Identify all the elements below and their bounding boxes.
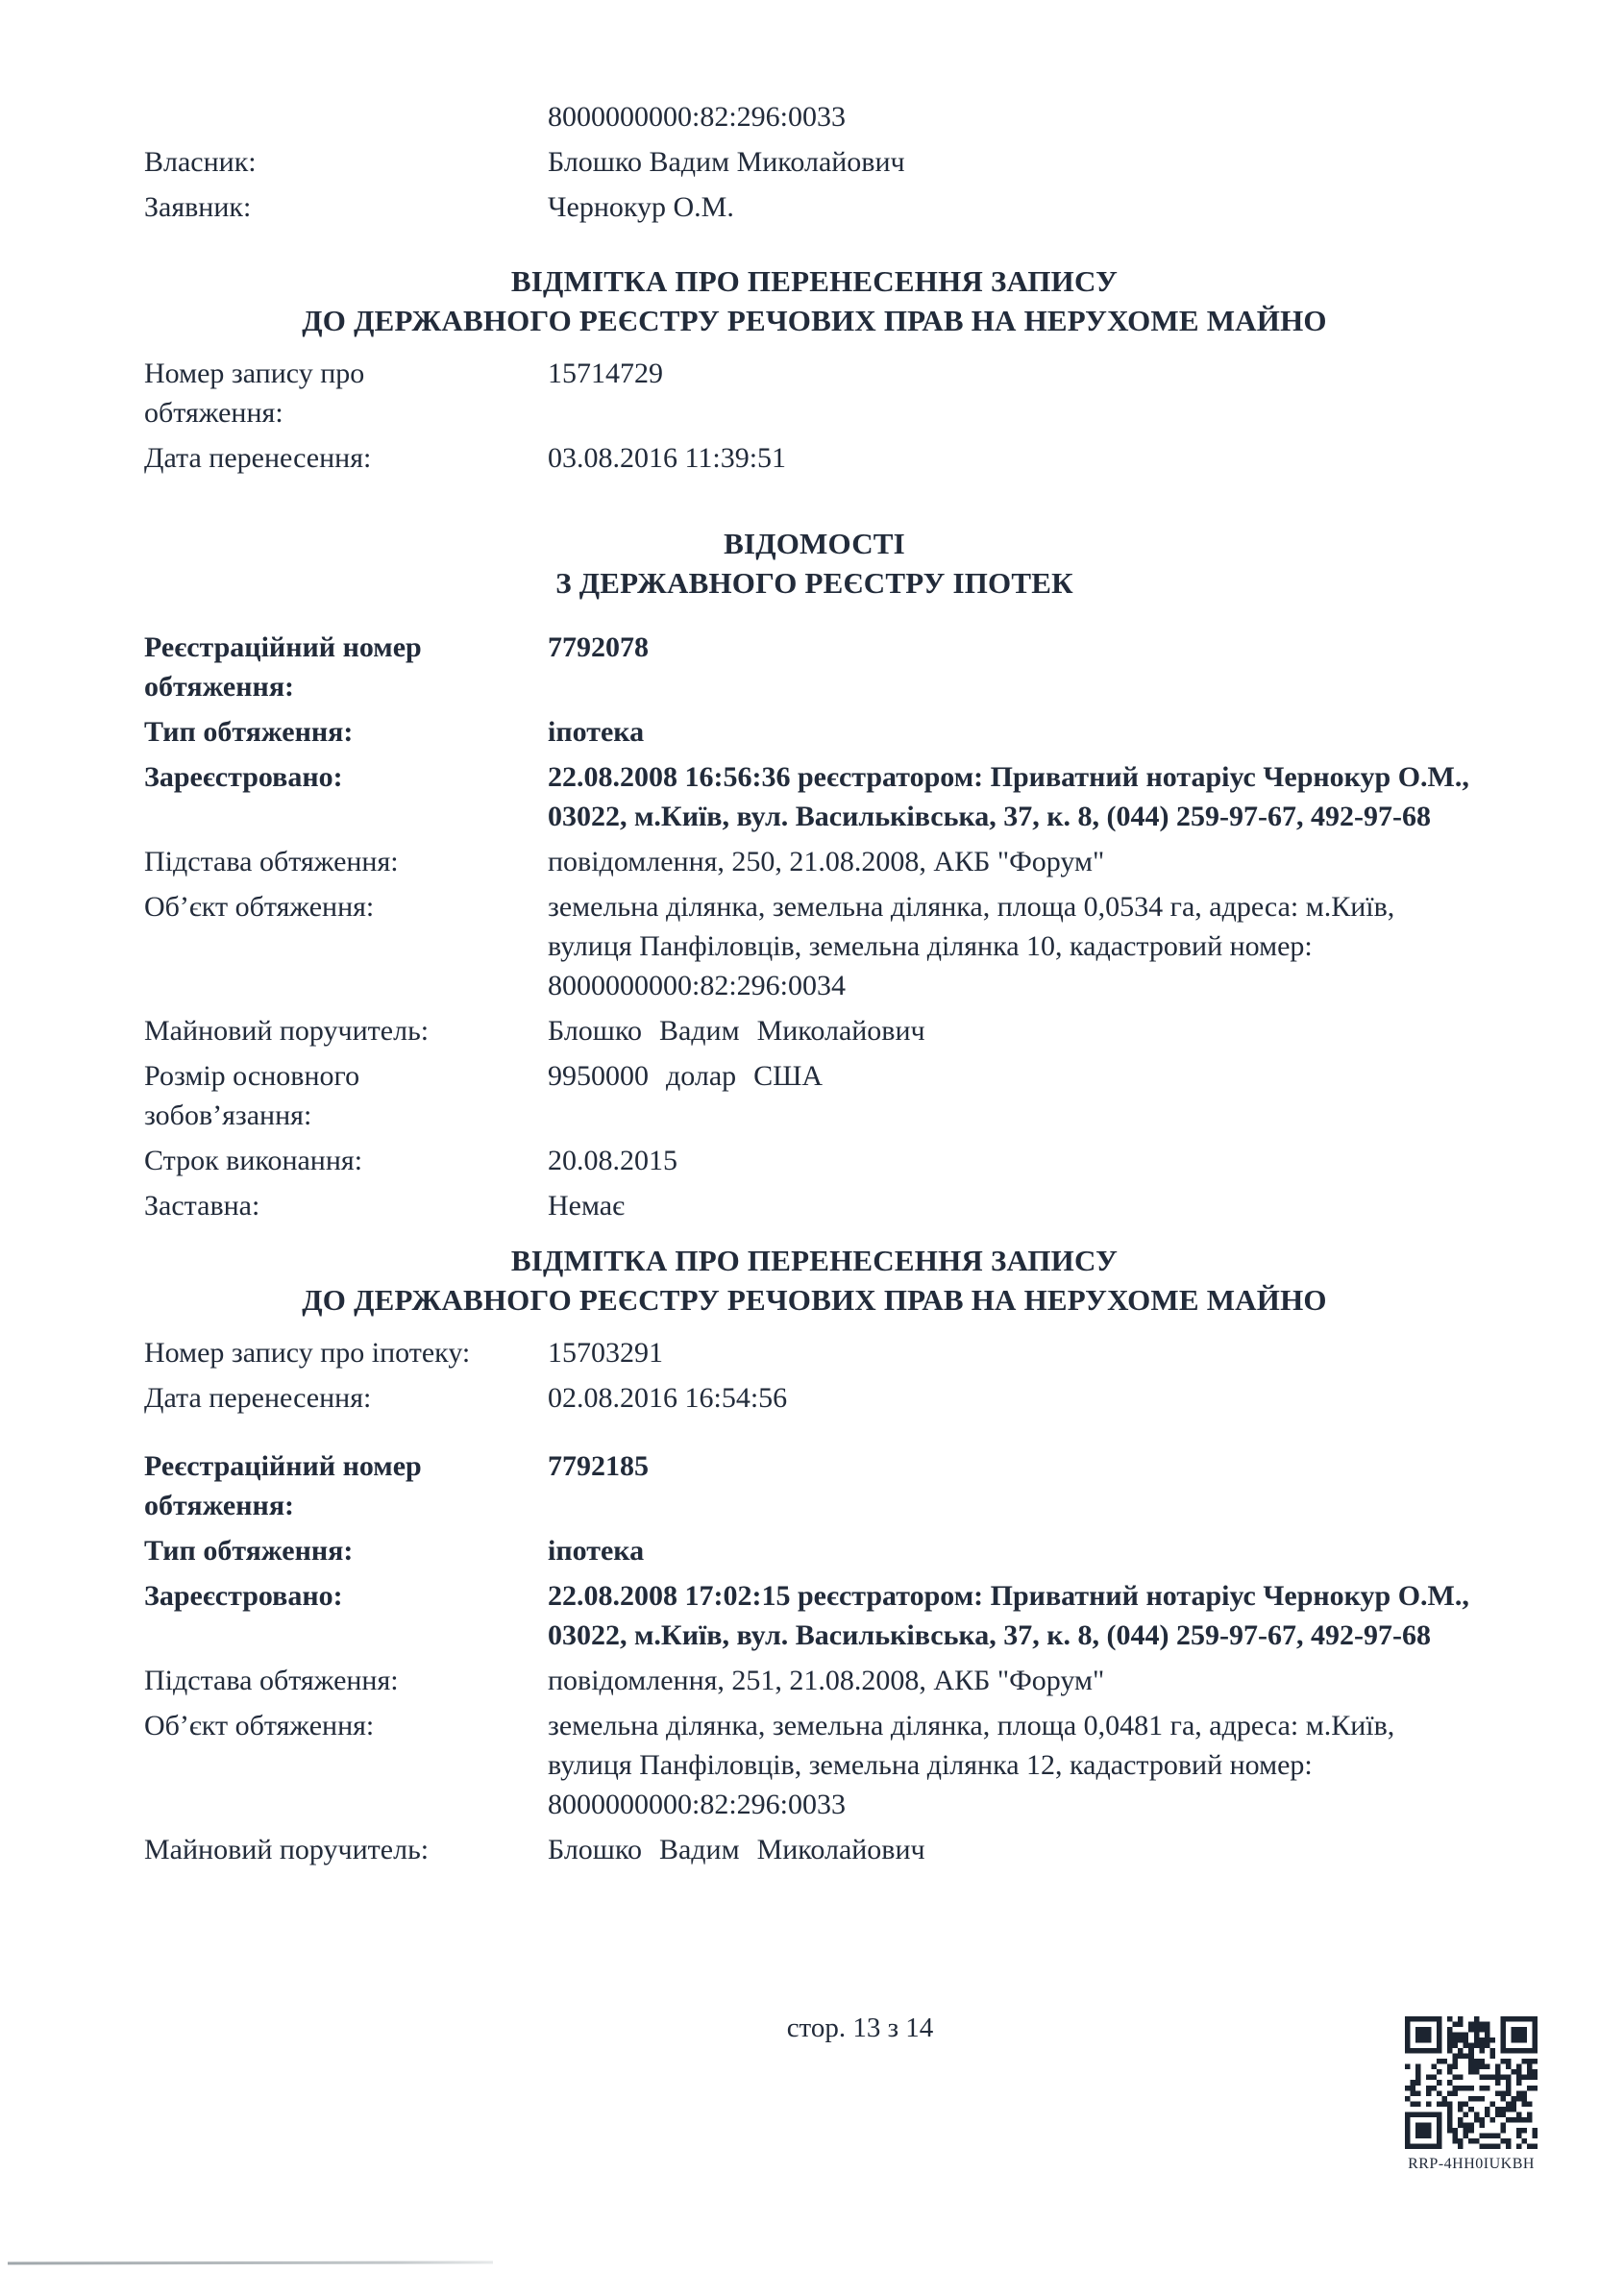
cadastral-number: 8000000000:82:296:0033 [548,97,1485,136]
encumbrance-type-label: Тип обтяження: [144,1531,485,1570]
section-title-line2: З ДЕРЖАВНОГО РЕЄСТРУ ІПОТЕК [144,563,1485,603]
field-row: Зареєстровано: 22.08.2008 17:02:15 реєст… [144,1576,1485,1655]
qr-label: RRP-4HH0IUKBH [1405,2155,1538,2174]
object-label: Об’єкт обтяження: [144,887,485,926]
registered-label: Зареєстровано: [144,757,485,797]
due-date-value: 20.08.2015 [548,1141,1485,1180]
registration-number-value: 7792185 [548,1446,1485,1486]
transfer-date-value: 02.08.2016 16:54:56 [548,1378,1485,1418]
field-row: Реєстраційний номер обтяження: 7792185 [144,1446,1485,1525]
object-label: Об’єкт обтяження: [144,1706,485,1745]
mortgage-deed-value: Немає [548,1186,1485,1225]
due-date-label: Строк виконання: [144,1141,485,1180]
transfer-date-label: Дата перенесення: [144,1378,485,1418]
document-page: 8000000000:82:296:0033 Власник: Блошко В… [0,0,1624,1869]
field-row: Розмір основного зобов’язання: 9950000 д… [144,1056,1485,1135]
encumbrance-type-label: Тип обтяження: [144,712,485,752]
section-title-transfer-mark-1: ВІДМІТКА ПРО ПЕРЕНЕСЕННЯ ЗАПИСУ ДО ДЕРЖА… [144,261,1485,340]
owner-label: Власник: [144,142,485,182]
section-title-line1: ВІДМІТКА ПРО ПЕРЕНЕСЕННЯ ЗАПИСУ [144,1241,1485,1280]
registered-label: Зареєстровано: [144,1576,485,1616]
field-row: Об’єкт обтяження: земельна ділянка, земе… [144,887,1485,1005]
field-row: Зареєстровано: 22.08.2008 16:56:36 реєст… [144,757,1485,836]
encumbrance-type-value: іпотека [548,1531,1485,1570]
property-guarantor-label: Майновий поручитель: [144,1011,485,1050]
field-row: Об’єкт обтяження: земельна ділянка, земе… [144,1706,1485,1824]
field-row: Номер запису про іпотеку: 15703291 [144,1333,1485,1372]
section-title-line2: ДО ДЕРЖАВНОГО РЕЄСТРУ РЕЧОВИХ ПРАВ НА НЕ… [144,301,1485,340]
section-title-line1: ВІДМІТКА ПРО ПЕРЕНЕСЕННЯ ЗАПИСУ [144,261,1485,301]
grounds-label: Підстава обтяження: [144,1661,485,1700]
registration-number-label: Реєстраційний номер обтяження: [144,1446,485,1525]
registered-value: 22.08.2008 16:56:36 реєстратором: Приват… [548,757,1485,836]
obligation-amount-value: 9950000 долар США [548,1056,1485,1096]
field-row: Тип обтяження: іпотека [144,712,1485,752]
field-row: Заявник: Чернокур О.М. [144,187,1485,227]
mortgage-deed-label: Заставна: [144,1186,485,1225]
record-number-label: Номер запису про обтяження: [144,354,485,432]
field-row: Майновий поручитель: Блошко Вадим Микола… [144,1011,1485,1050]
section-title-line2: ДО ДЕРЖАВНОГО РЕЄСТРУ РЕЧОВИХ ПРАВ НА НЕ… [144,1280,1485,1320]
record-number-value: 15703291 [548,1333,1485,1372]
obligation-amount-label: Розмір основного зобов’язання: [144,1056,485,1135]
applicant-value: Чернокур О.М. [548,187,1485,227]
record-number-value: 15714729 [548,354,1485,393]
field-row: Дата перенесення: 02.08.2016 16:54:56 [144,1378,1485,1418]
transfer-date-label: Дата перенесення: [144,438,485,478]
section-title-mortgage-register: ВІДОМОСТІ З ДЕРЖАВНОГО РЕЄСТРУ ІПОТЕК [144,524,1485,603]
field-row: Тип обтяження: іпотека [144,1531,1485,1570]
applicant-label: Заявник: [144,187,485,227]
property-guarantor-value: Блошко Вадим Миколайович [548,1830,1485,1869]
object-value: земельна ділянка, земельна ділянка, площ… [548,887,1485,1005]
field-row: Підстава обтяження: повідомлення, 250, 2… [144,842,1485,881]
field-row: 8000000000:82:296:0033 [144,97,1485,136]
field-row: Заставна: Немає [144,1186,1485,1225]
field-row: Дата перенесення: 03.08.2016 11:39:51 [144,438,1485,478]
grounds-value: повідомлення, 250, 21.08.2008, АКБ "Фору… [548,842,1485,881]
field-row: Підстава обтяження: повідомлення, 251, 2… [144,1661,1485,1700]
qr-block: RRP-4HH0IUKBH [1405,2016,1538,2174]
transfer-date-value: 03.08.2016 11:39:51 [548,438,1485,478]
property-guarantor-value: Блошко Вадим Миколайович [548,1011,1485,1050]
grounds-label: Підстава обтяження: [144,842,485,881]
grounds-value: повідомлення, 251, 21.08.2008, АКБ "Фору… [548,1661,1485,1700]
page-number: стор. 13 з 14 [48,2011,1624,2045]
scan-artifact-line [8,2260,493,2264]
property-guarantor-label: Майновий поручитель: [144,1830,485,1869]
registered-value: 22.08.2008 17:02:15 реєстратором: Приват… [548,1576,1485,1655]
field-row: Строк виконання: 20.08.2015 [144,1141,1485,1180]
registration-number-label: Реєстраційний номер обтяження: [144,628,485,706]
owner-value: Блошко Вадим Миколайович [548,142,1485,182]
section-title-transfer-mark-2: ВІДМІТКА ПРО ПЕРЕНЕСЕННЯ ЗАПИСУ ДО ДЕРЖА… [144,1241,1485,1320]
object-value: земельна ділянка, земельна ділянка, площ… [548,1706,1485,1824]
field-row: Майновий поручитель: Блошко Вадим Микола… [144,1830,1485,1869]
field-row: Реєстраційний номер обтяження: 7792078 [144,628,1485,706]
field-row: Власник: Блошко Вадим Миколайович [144,142,1485,182]
record-number-label: Номер запису про іпотеку: [144,1333,485,1372]
encumbrance-type-value: іпотека [548,712,1485,752]
registration-number-value: 7792078 [548,628,1485,667]
qr-code [1405,2016,1538,2149]
section-title-line1: ВІДОМОСТІ [144,524,1485,563]
field-row: Номер запису про обтяження: 15714729 [144,354,1485,432]
